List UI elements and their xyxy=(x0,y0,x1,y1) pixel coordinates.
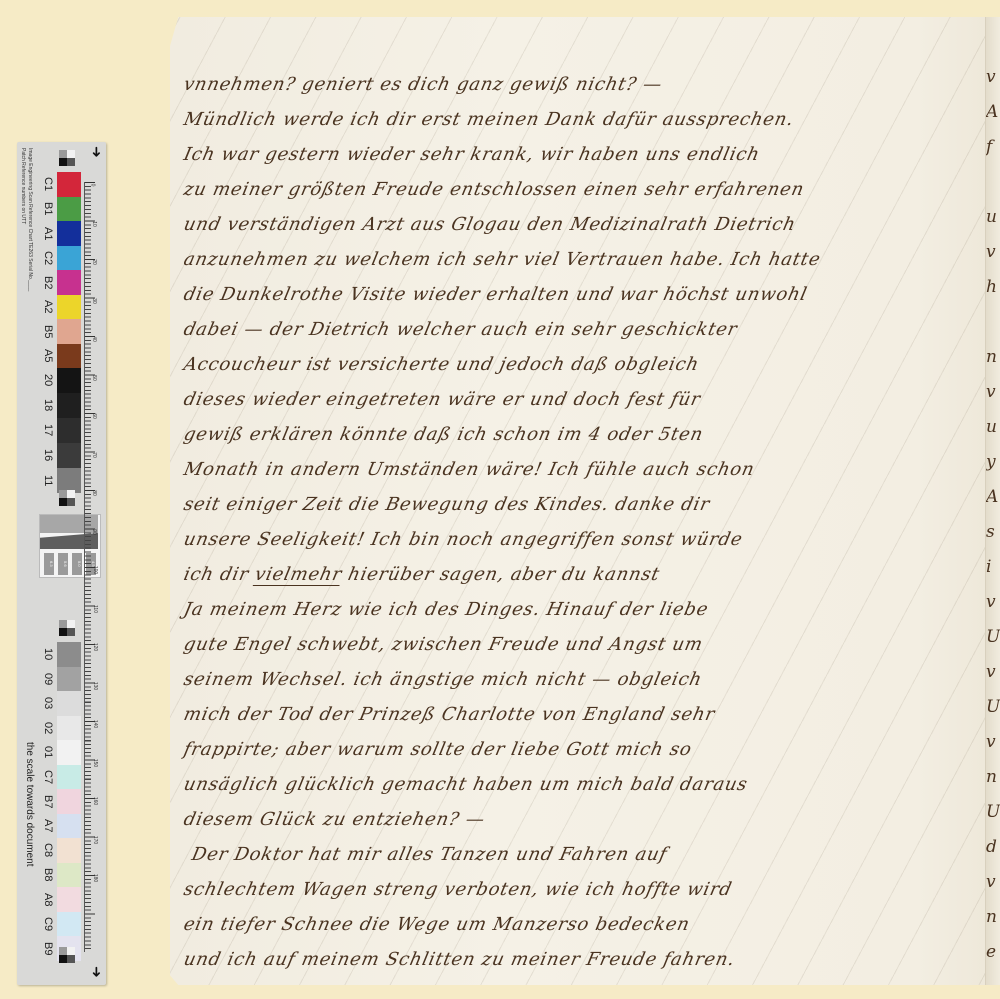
margin-fragment: u xyxy=(986,200,1000,235)
gray-card-value: 5.6 xyxy=(58,553,68,575)
ruler-title: Image Engineering Scan Reference Chart T… xyxy=(27,148,33,291)
handwritten-line: mich der Tod der Prinzeß Charlotte von E… xyxy=(180,697,987,732)
handwritten-line: Der Doktor hat mir alles Tanzen und Fahr… xyxy=(188,837,987,872)
margin-fragment xyxy=(986,305,1000,340)
letter-page: vnnehmen? geniert es dich ganz gewiß nic… xyxy=(170,17,1000,985)
margin-fragment: i xyxy=(986,550,1000,585)
handwritten-line: ein tiefer Schnee die Wege um Manzerso b… xyxy=(180,907,987,942)
handwritten-line: Ich war gestern wieder sehr krank, wir h… xyxy=(180,137,987,172)
patch-label: C8 xyxy=(39,838,57,863)
margin-fragment: h xyxy=(986,270,1000,305)
handwritten-line: frappirte; aber warum sollte der liebe G… xyxy=(180,732,987,767)
scale-tick-label: 160 xyxy=(92,797,98,805)
patch-label: B8 xyxy=(39,863,57,888)
color-patch xyxy=(57,368,81,393)
color-patch xyxy=(57,887,81,912)
scale-tick-label: 180 xyxy=(92,874,98,882)
color-patch xyxy=(57,468,81,493)
handwritten-line: die Dunkelrothe Visite wieder erhalten u… xyxy=(180,277,987,312)
color-patch xyxy=(57,344,81,369)
scale-tick-label: 30 xyxy=(91,298,97,304)
margin-fragment: U xyxy=(986,620,1000,655)
handwritten-line: und ich auf meinem Schlitten zu meiner F… xyxy=(180,942,987,977)
color-patch xyxy=(57,667,81,692)
arrow-right-icon: ➜ xyxy=(89,966,103,978)
scale-tick-label: 170 xyxy=(92,835,98,843)
scale-tick-label: 50 xyxy=(91,375,97,381)
ruler-footer-text: the scale towards document xyxy=(19,742,35,982)
patch-label: 01 xyxy=(39,740,57,765)
gray-card-value: 6.3 xyxy=(44,553,54,575)
handwritten-line: ich dir vielmehr hierüber sagen, aber du… xyxy=(180,557,987,592)
handwritten-line: seit einiger Zeit die Bewegung des Kinde… xyxy=(180,487,987,522)
margin-fragment: v xyxy=(986,655,1000,690)
scan-reference-ruler: Image Engineering Scan Reference Chart T… xyxy=(17,142,106,985)
scale-tick-label: 20 xyxy=(91,259,97,265)
margin-fragment: n xyxy=(986,340,1000,375)
handwritten-line: dieses wieder eingetreten wäre er und do… xyxy=(180,382,987,417)
arrow-right-icon: ➜ xyxy=(89,146,103,158)
patch-label: 02 xyxy=(39,716,57,741)
color-patch xyxy=(57,221,81,246)
scale-tick-label: 120 xyxy=(92,643,98,651)
scale-tick-label: 110 xyxy=(92,605,98,613)
patch-label: A8 xyxy=(39,887,57,912)
color-patch xyxy=(57,319,81,344)
color-patch xyxy=(57,418,81,443)
checker-patch-mid xyxy=(59,490,75,506)
handwritten-line: schlechtem Wagen streng verboten, wie ic… xyxy=(180,872,987,907)
scale-tick-label: 130 xyxy=(92,681,98,689)
patch-label: B1 xyxy=(39,197,57,222)
color-patch xyxy=(57,642,81,667)
patch-label: 10 xyxy=(39,642,57,667)
scale-tick-label: 140 xyxy=(92,720,98,728)
gray-card-value: 5.0 xyxy=(72,553,82,575)
patch-label: A5 xyxy=(39,344,57,369)
margin-fragment: v xyxy=(986,725,1000,760)
patch-label: 17 xyxy=(39,418,57,443)
color-patch xyxy=(57,691,81,716)
ruler-subtitle: Patch Reference numbers on UTT xyxy=(20,148,26,224)
scale-tick-label: 60 xyxy=(91,413,97,419)
handwritten-line: unsere Seeligkeit! Ich bin noch angegrif… xyxy=(180,522,987,557)
scale-tick-label: 100 xyxy=(92,566,98,574)
margin-fragment: f xyxy=(986,130,1000,165)
margin-fragment xyxy=(986,165,1000,200)
color-patch xyxy=(57,295,81,320)
checker-patch-top xyxy=(59,150,75,166)
margin-fragment: n xyxy=(986,900,1000,935)
margin-fragment: v xyxy=(986,585,1000,620)
patch-label: C2 xyxy=(39,246,57,271)
patch-label: B2 xyxy=(39,270,57,295)
margin-fragment: n xyxy=(986,760,1000,795)
adjacent-page-text-fragments: vAfuvhnvuyAsivUvUvnUdvne xyxy=(986,60,1000,970)
patch-label: C1 xyxy=(39,172,57,197)
margin-fragment: v xyxy=(986,865,1000,900)
patch-label: A7 xyxy=(39,814,57,839)
patch-label: B9 xyxy=(39,936,57,961)
patch-label: 09 xyxy=(39,667,57,692)
handwritten-line: zu meiner größten Freude entschlossen ei… xyxy=(180,172,987,207)
underlined-word: vielmehr xyxy=(253,564,344,585)
handwritten-line: dabei — der Dietrich welcher auch ein se… xyxy=(180,312,987,347)
ruler-header-text: Image Engineering Scan Reference Chart T… xyxy=(19,148,33,348)
scale-tick-label: 0 xyxy=(89,184,95,187)
margin-fragment: v xyxy=(986,235,1000,270)
handwritten-line: vnnehmen? geniert es dich ganz gewiß nic… xyxy=(180,67,987,102)
patch-label: C7 xyxy=(39,765,57,790)
patch-label: B7 xyxy=(39,789,57,814)
handwritten-line: Accoucheur ist versicherte und jedoch da… xyxy=(180,347,987,382)
margin-fragment: v xyxy=(986,375,1000,410)
handwritten-line: gewiß erklären könnte daß ich schon im 4… xyxy=(180,417,987,452)
color-patch xyxy=(57,172,81,197)
handwritten-line: Monath in andern Umständen wäre! Ich füh… xyxy=(180,452,987,487)
color-patch xyxy=(57,393,81,418)
handwritten-line: unsäglich glücklich gemacht haben um mic… xyxy=(180,767,987,802)
margin-fragment: U xyxy=(986,690,1000,725)
margin-fragment: U xyxy=(986,795,1000,830)
color-patch xyxy=(57,443,81,468)
color-patch xyxy=(57,246,81,271)
handwritten-line: und verständigen Arzt aus Glogau den Med… xyxy=(180,207,987,242)
handwritten-line: Ja meinem Herz wie ich des Dinges. Hinau… xyxy=(180,592,987,627)
margin-fragment: u xyxy=(986,410,1000,445)
scale-tick-label: 40 xyxy=(91,336,97,342)
patch-label: A1 xyxy=(39,221,57,246)
color-patch xyxy=(57,912,81,937)
color-patch xyxy=(57,716,81,741)
handwritten-line: seinem Wechsel. ich ängstige mich nicht … xyxy=(180,662,987,697)
color-patch xyxy=(57,838,81,863)
handwritten-line: anzunehmen zu welchem ich sehr viel Vert… xyxy=(180,242,987,277)
margin-fragment: y xyxy=(986,445,1000,480)
margin-fragment: v xyxy=(986,60,1000,95)
margin-fragment: s xyxy=(986,515,1000,550)
margin-fragment: e xyxy=(986,935,1000,970)
scale-tick-label: 10 xyxy=(91,221,97,227)
checker-patch-lower xyxy=(59,620,75,636)
color-patch xyxy=(57,765,81,790)
handwritten-line: diesem Glück zu entziehen? — xyxy=(180,802,987,837)
patch-label: C9 xyxy=(39,912,57,937)
color-patch xyxy=(57,863,81,888)
color-patch xyxy=(57,270,81,295)
scale-tick-label: 150 xyxy=(92,758,98,766)
patch-label: 16 xyxy=(39,443,57,468)
color-patch xyxy=(57,789,81,814)
patch-label: A2 xyxy=(39,295,57,320)
patch-label: 18 xyxy=(39,393,57,418)
patch-label: 20 xyxy=(39,368,57,393)
checker-patch-bottom xyxy=(59,947,75,963)
patch-label: B5 xyxy=(39,319,57,344)
color-patch xyxy=(57,814,81,839)
color-patch xyxy=(57,197,81,222)
patch-label: 11 xyxy=(39,468,57,493)
color-patch xyxy=(57,740,81,765)
scale-tick-label: 90 xyxy=(91,529,97,535)
scale-tick-label: 80 xyxy=(91,490,97,496)
margin-fragment: d xyxy=(986,830,1000,865)
handwritten-line: Mündlich werde ich dir erst meinen Dank … xyxy=(180,102,987,137)
margin-fragment: A xyxy=(986,480,1000,515)
handwritten-text-block: vnnehmen? geniert es dich ganz gewiß nic… xyxy=(184,67,984,977)
scale-tick-label: 70 xyxy=(91,452,97,458)
margin-fragment: A xyxy=(986,95,1000,130)
handwritten-line: gute Engel schwebt, zwischen Freude und … xyxy=(180,627,987,662)
patch-label: 03 xyxy=(39,691,57,716)
